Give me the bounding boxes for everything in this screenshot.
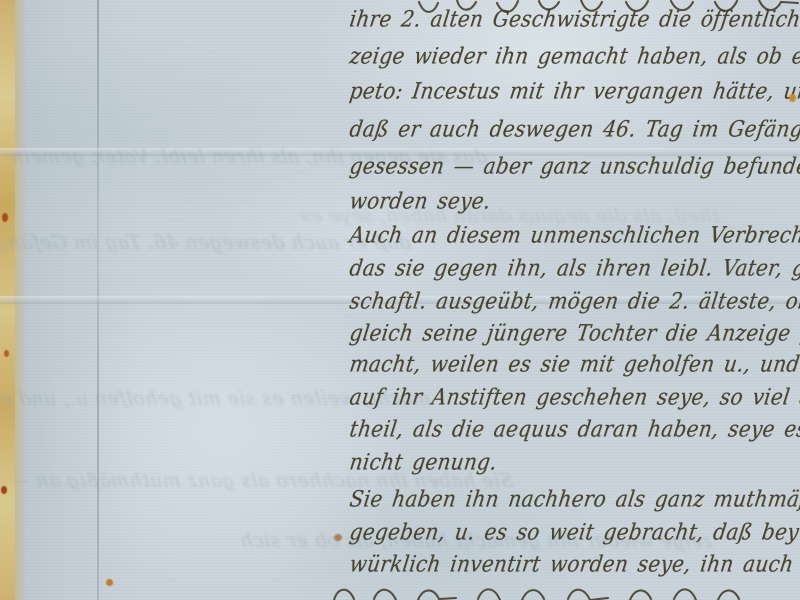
paper-fleck xyxy=(334,534,342,541)
manuscript-line: schaftl. ausgeübt, mögen die 2. älteste,… xyxy=(348,287,800,314)
binding-speck xyxy=(2,213,8,222)
manuscript-page: das sie gegen ihn, als ihren leibl. Vate… xyxy=(0,0,800,600)
manuscript-line: peto: Incestus mit ihr vergangen hätte, … xyxy=(348,77,800,104)
binding-speck xyxy=(1,486,7,494)
manuscript-line: gleich seine jüngere Tochter die Anzeige… xyxy=(348,319,800,346)
manuscript-line: Auch an diesem unmenschlichen Verbrechen… xyxy=(348,221,800,248)
manuscript-line: daß er auch deswegen 46. Tag im Gefängnu… xyxy=(348,115,800,142)
manuscript-line: worden seye. xyxy=(348,187,493,214)
clipped-line-strokes-bottom xyxy=(330,583,750,600)
manuscript-line: auf ihr Anstiften geschehen seye, so vie… xyxy=(348,383,800,410)
manuscript-line: Sie haben ihn nachhero als ganz muthmäßi… xyxy=(348,485,800,512)
manuscript-line: das sie gegen ihn, als ihren leibl. Vate… xyxy=(348,254,800,281)
manuscript-line: zeige wieder ihn gemacht haben, als ob e… xyxy=(348,42,800,69)
paper-fleck xyxy=(106,579,113,586)
manuscript-line: gegeben, u. es so weit gebracht, daß bey… xyxy=(348,518,800,545)
binding-speck xyxy=(4,350,9,357)
manuscript-line: ihre 2. alten Geschwistrigte die öffentl… xyxy=(348,5,800,32)
manuscript-line: würklich inventirt worden seye, ihn auch xyxy=(348,550,795,577)
manuscript-line: theil, als die aequus daran haben, seye … xyxy=(348,415,800,442)
manuscript-line: gesessen — aber ganz unschuldig befunden xyxy=(348,152,800,179)
manuscript-line: macht, weilen es sie mit geholfen u., un… xyxy=(348,350,800,377)
paper-fleck xyxy=(789,94,796,102)
manuscript-line: nicht genung. xyxy=(348,448,499,475)
